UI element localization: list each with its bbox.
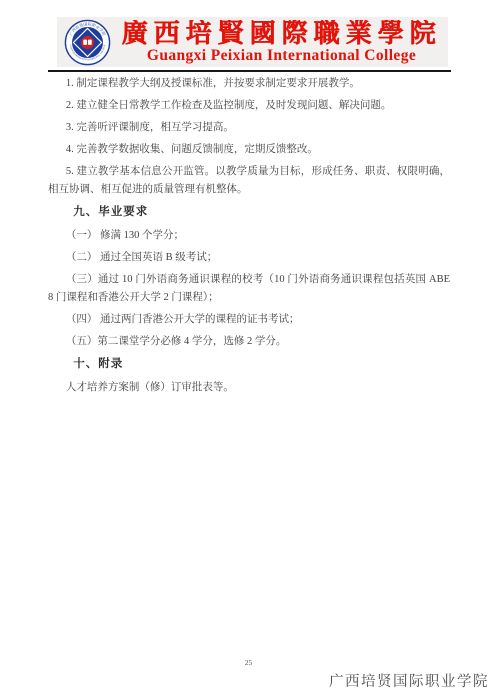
letterhead-titles: 廣西培賢國際職業學院 Guangxi Peixian International… (117, 20, 446, 64)
college-emblem-icon: 广西培贤国际职业学院 GUANGXI PEIXIAN INTERNATIONAL… (64, 19, 111, 66)
page-number: 25 (0, 658, 497, 667)
college-name-zh: 廣西培賢國際職業學院 (121, 20, 441, 48)
footer-school-name: 广西培贤国际职业学院 (329, 670, 489, 691)
doc-paragraph: （四） 通过两门香港公开大学的课程的证书考试； (48, 311, 450, 329)
document-body: 1. 制定课程教学大纲及授课标准，并按要求制定要求开展教学。 2. 建立健全日常… (48, 75, 450, 401)
college-name-en: Guangxi Peixian International College (147, 48, 416, 64)
doc-paragraph: （三）通过 10 门外语商务通识课程的校考（10 门外语商务通识课程包括英国 A… (48, 271, 450, 307)
header-divider (48, 70, 451, 72)
letterhead: 广西培贤国际职业学院 GUANGXI PEIXIAN INTERNATIONAL… (57, 17, 448, 67)
doc-paragraph: 人才培养方案制（修）订审批表等。 (48, 379, 450, 397)
section-heading-graduation: 九、毕业要求 (48, 203, 450, 221)
doc-paragraph: 1. 制定课程教学大纲及授课标准，并按要求制定要求开展教学。 (48, 75, 450, 93)
doc-paragraph: （五）第二课堂学分必修 4 学分，选修 2 学分。 (48, 333, 450, 351)
doc-paragraph: （二） 通过全国英语 B 级考试； (48, 249, 450, 267)
section-heading-appendix: 十、附录 (48, 355, 450, 373)
doc-paragraph: 3. 完善听评课制度，相互学习提高。 (48, 119, 450, 137)
doc-paragraph: 2. 建立健全日常教学工作检查及监控制度，及时发现问题、解决问题。 (48, 97, 450, 115)
doc-paragraph: （一） 修满 130 个学分； (48, 227, 450, 245)
document-page: 广西培贤国际职业学院 GUANGXI PEIXIAN INTERNATIONAL… (0, 0, 497, 699)
doc-paragraph: 5. 建立教学基本信息公开监管。以教学质量为目标，形成任务、职责、权限明确，相互… (48, 163, 450, 199)
doc-paragraph: 4. 完善教学数据收集、问题反馈制度，定期反馈整改。 (48, 141, 450, 159)
